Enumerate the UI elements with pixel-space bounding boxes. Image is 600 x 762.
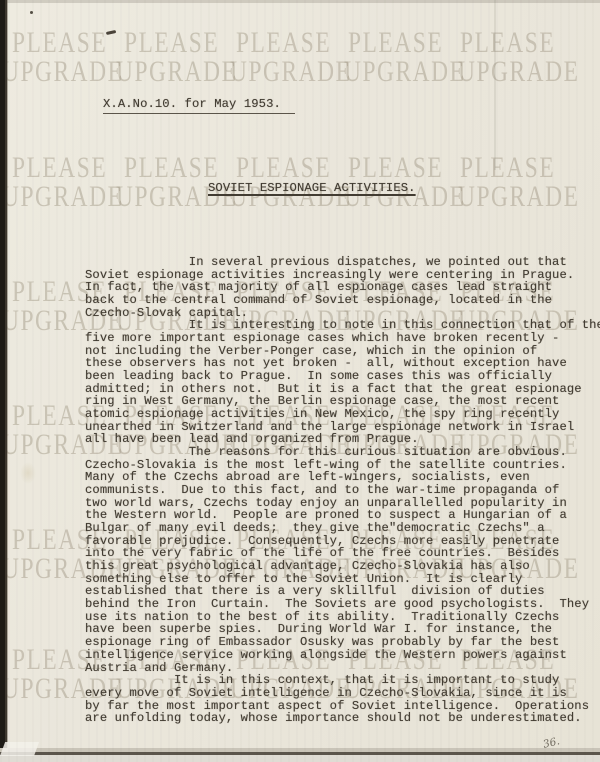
- body-line: In several previous dispatches, we point…: [85, 256, 600, 269]
- paper-fold-line: [494, 0, 496, 170]
- scan-edge-left: [0, 0, 9, 753]
- scan-edge-bottom: [0, 748, 600, 762]
- body-line: communists. Due to this fact, and to the…: [85, 484, 600, 497]
- typewritten-document: X.A.No.10. for May 1953. SOVIET ESPIONAG…: [0, 0, 600, 762]
- body-line: this great psychological advantage, Czec…: [85, 560, 600, 573]
- paper-stain: [20, 462, 36, 484]
- scan-edge-top: [0, 0, 600, 3]
- document-reference-number: X.A.No.10. for May 1953.: [103, 97, 295, 114]
- document-title: SOVIET ESPIONAGE ACTIVITIES.: [208, 181, 416, 195]
- body-line: The reasons for this curious situation a…: [85, 446, 600, 459]
- body-line: It is in this context, that it is import…: [85, 674, 600, 687]
- body-line: behind the Iron Curtain. The Soviets are…: [85, 598, 600, 611]
- scan-edge-right: [596, 26, 600, 748]
- body-line: atomic espionage activities in New Mexic…: [85, 408, 600, 421]
- body-line: every move of Soviet intelligence in Cze…: [85, 687, 600, 700]
- body-line: five more important espionage cases whic…: [85, 332, 600, 345]
- body-line: espionage ring of Embassador Osusky was …: [85, 636, 600, 649]
- paper-corner-highlight: [0, 742, 39, 756]
- body-line: are unfolding today, whose importance sh…: [85, 712, 600, 725]
- body-line: back to the central command of Soviet es…: [85, 294, 600, 307]
- scanned-document-page: PLEASEPLEASEPLEASEPLEASEPLEASEUPGRADEUPG…: [0, 0, 600, 762]
- body-line: been leading back to Prague. In some cas…: [85, 370, 600, 383]
- document-body: In several previous dispatches, we point…: [85, 256, 600, 725]
- body-line: Bulgar of many evil deeds; they give the…: [85, 522, 600, 535]
- ink-speck: [30, 11, 33, 14]
- body-line: intelligence service working alongside t…: [85, 649, 600, 662]
